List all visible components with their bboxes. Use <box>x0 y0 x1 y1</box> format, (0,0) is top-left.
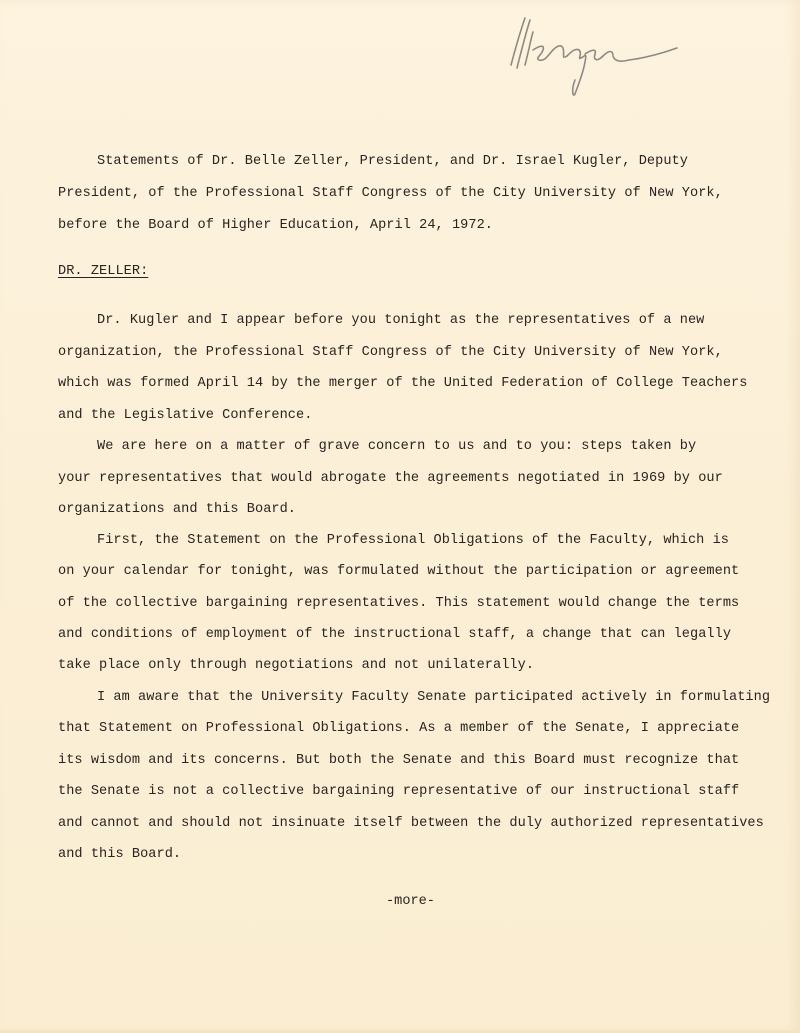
paragraph-3-line-4: and conditions of employment of the inst… <box>58 627 731 642</box>
paragraph-4-line-2: that Statement on Professional Obligatio… <box>58 721 739 736</box>
handwriting-merger-icon <box>505 10 685 100</box>
paragraph-2-line-2: your representatives that would abrogate… <box>58 471 723 486</box>
paragraph-4-line-1: I am aware that the University Faculty S… <box>97 690 770 705</box>
paragraph-1-line-3: which was formed April 14 by the merger … <box>58 376 747 391</box>
header-line-1: Statements of Dr. Belle Zeller, Presiden… <box>97 154 688 169</box>
paragraph-4-line-4: the Senate is not a collective bargainin… <box>58 784 739 799</box>
paragraph-3-line-1: First, the Statement on the Professional… <box>97 533 729 548</box>
paragraph-1-line-2: organization, the Professional Staff Con… <box>58 345 723 360</box>
paragraph-4-line-3: its wisdom and its concerns. But both th… <box>58 753 739 768</box>
paragraph-4-line-6: and this Board. <box>58 847 181 862</box>
paragraph-3-line-5: take place only through negotiations and… <box>58 658 534 673</box>
handwritten-annotation <box>505 10 685 100</box>
speaker-heading: DR. ZELLER: <box>58 264 148 279</box>
document-page: Statements of Dr. Belle Zeller, Presiden… <box>0 0 800 1033</box>
paragraph-2-line-3: organizations and this Board. <box>58 502 296 517</box>
paragraph-1-line-1: Dr. Kugler and I appear before you tonig… <box>97 313 704 328</box>
paragraph-3-line-2: on your calendar for tonight, was formul… <box>58 564 739 579</box>
continuation-marker: -more- <box>386 894 435 909</box>
paragraph-4-line-5: and cannot and should not insinuate itse… <box>58 816 764 831</box>
paragraph-1-line-4: and the Legislative Conference. <box>58 408 312 423</box>
header-line-3: before the Board of Higher Education, Ap… <box>58 218 493 233</box>
header-line-2: President, of the Professional Staff Con… <box>58 186 723 201</box>
paragraph-3-line-3: of the collective bargaining representat… <box>58 596 739 611</box>
paragraph-2-line-1: We are here on a matter of grave concern… <box>97 439 696 454</box>
